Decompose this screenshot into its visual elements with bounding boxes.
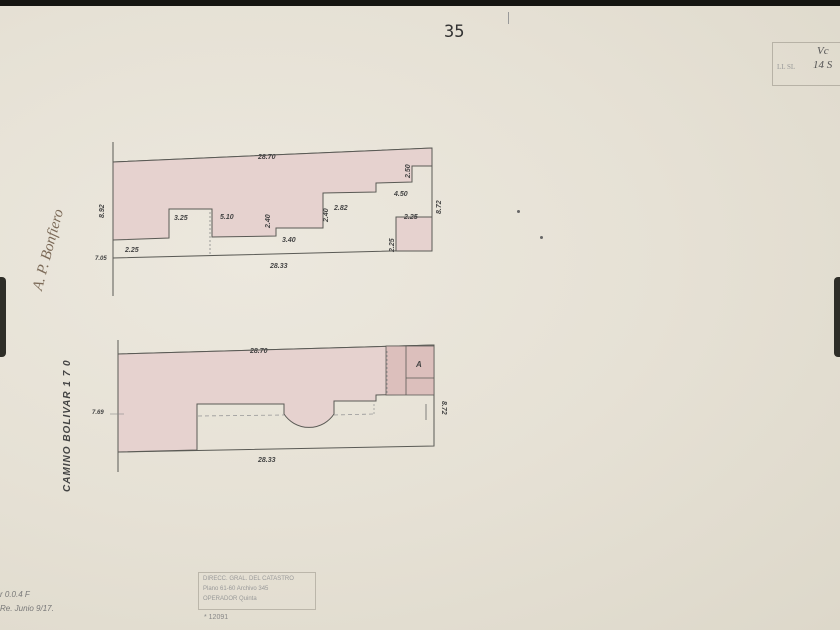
dim-top-2: 28.70 bbox=[249, 348, 268, 355]
stamp-code: * 12091 bbox=[204, 614, 228, 621]
floor-plan-bottom: 28.70 28.33 7.69 8.72 A bbox=[0, 6, 840, 630]
note-line2: Re. Junio 9/17. bbox=[0, 604, 54, 613]
paper-spot bbox=[540, 236, 543, 239]
stamp-line3: OPERADOR Quinta bbox=[203, 594, 311, 604]
stamp-line2: Plano 61-60 Archivo 345 bbox=[203, 584, 311, 594]
cadastre-stamp: DIRECC. GRAL. DEL CATASTRO Plano 61-60 A… bbox=[198, 572, 316, 610]
paper-spot bbox=[517, 210, 520, 213]
note-line1: r 0.0.4 F bbox=[0, 590, 30, 599]
room-label: A bbox=[415, 360, 422, 369]
dim-right-2: 8.72 bbox=[440, 401, 447, 415]
dim-left-2: 7.69 bbox=[92, 410, 104, 416]
document-sheet: 35 Vc 14 S LL SL A. P. Bonfiero CAMINO B… bbox=[0, 6, 840, 630]
dim-bottom-2: 28.33 bbox=[257, 457, 276, 464]
stamp-line1: DIRECC. GRAL. DEL CATASTRO bbox=[203, 574, 311, 584]
previous-page-handle[interactable] bbox=[0, 277, 6, 357]
next-page-handle[interactable] bbox=[834, 277, 840, 357]
